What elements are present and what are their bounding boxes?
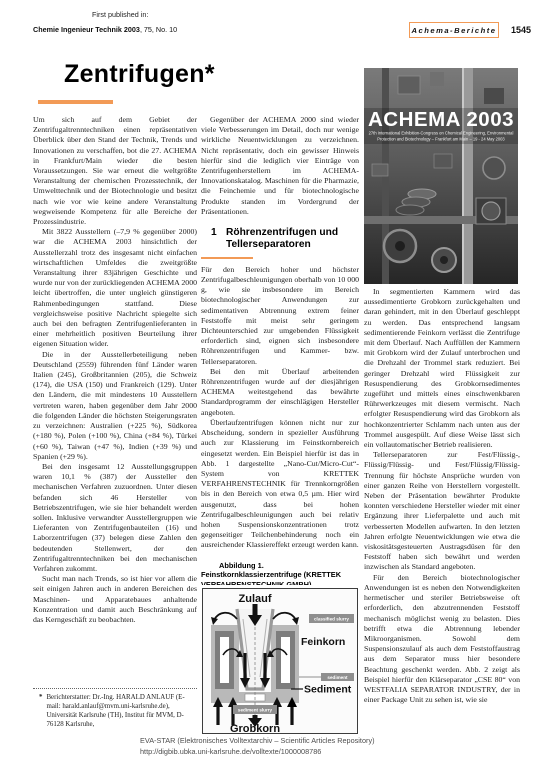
journal-name: Chemie Ingenieur Technik [33,25,122,34]
label-inlet: Zulauf [239,593,272,605]
text-column-2: Gegenüber der ACHEMA 2000 sind wieder vi… [201,115,359,585]
paragraph: Bei den mit Überlauf arbeitenden Röhrenz… [201,367,359,418]
section-heading: 1 Röhrenzentrifugen und Tellerseparatore… [201,227,359,252]
label-sediment: Sediment [304,684,352,696]
tag-sediment-slurry: sediment slurry [238,708,273,713]
footnote-text: Berichterstatter: Dr.-Ing. HARALD ANLAUF… [46,694,195,730]
first-published-note: First published in: [92,10,148,19]
figure-caption-number: Abbildung 1. [201,561,359,571]
journal-issue: , 75, No. 10 [140,25,177,34]
section-rule [201,257,253,259]
tag-classified-slurry: classified slurry [314,617,349,622]
paragraph: Für den Bereich hoher und höchster Zentr… [201,265,359,367]
series-badge: Achema-Berichte [409,22,499,38]
paragraph: Sucht man nach Trends, so ist hier vor a… [33,574,197,625]
paragraph: Mit 3822 Ausstellern (–7,9 % gegenüber 2… [33,227,197,349]
repository-footer: EVA-STAR (Elektronisches Volltextarchiv … [140,736,375,757]
text-column-1: Um sich auf dem Gebiet der Zentrifugaltr… [33,115,197,681]
centrifuge-diagram: classified slurry sediment sediment slur… [203,589,357,733]
title-underline [38,100,113,104]
figure-1-centrifuge-schematic: classified slurry sediment sediment slur… [202,588,358,734]
paragraph: Für den Bereich biotechnologischer Anwen… [364,573,520,706]
paragraph: In segmentierten Kammern wird das aussed… [364,287,520,450]
text-column-3: In segmentierten Kammern wird das aussed… [364,287,520,735]
poster-graphic: ACHEMA 2003 27th International Exhibitio… [364,68,518,284]
series-badge-label: Achema-Berichte [412,26,497,35]
section-title: Röhrenzentrifugen und Tellerseparatoren [226,227,359,252]
page-number: 1545 [511,25,531,35]
paragraph: Überlaufzentrifugen können nicht nur zur… [201,418,359,551]
repository-name: EVA-STAR (Elektronisches Volltextarchiv … [140,736,375,747]
paragraph: Die in der Ausstellerbeteiligung neben D… [33,350,197,462]
journal-citation: Chemie Ingenieur Technik 2003, 75, No. 1… [33,25,177,34]
article-title: Zentrifugen* [64,60,215,89]
poster-subtitle-line2: Protection and Biotechnology – Frankfurt… [377,137,505,142]
figure-caption-text: Feinstkornklassierzentrifuge (KRETTEK VE… [201,570,359,585]
achema-2003-poster-image: ACHEMA 2003 27th International Exhibitio… [364,68,518,284]
paragraph: Bei den insgesamt 12 Ausstellungsgruppen… [33,462,197,574]
poster-title: ACHEMA 2003 [368,108,514,131]
label-coarse: Grobkorn [230,723,280,733]
repository-url: http://digbib.ubka.uni-karlsruhe.de/voll… [140,747,375,758]
section-number: 1 [211,227,226,252]
footnote-marker: * [39,694,42,730]
footnote-separator [33,688,197,689]
paragraph: Gegenüber der ACHEMA 2000 sind wieder vi… [201,115,359,217]
overflow-arrowhead-left [211,617,218,625]
poster-subtitle-line1: 27th International Exhibition-Congress o… [369,131,514,136]
footnote: * Berichterstatter: Dr.-Ing. HARALD ANLA… [39,694,195,730]
overflow-arrowhead-right [292,617,299,625]
journal-page: First published in: Chemie Ingenieur Tec… [0,0,543,768]
paragraph: Um sich auf dem Gebiet der Zentrifugaltr… [33,115,197,227]
journal-year: 2003 [122,25,140,34]
right-chamber-slot [281,637,290,683]
left-chamber-slot [220,637,229,683]
label-fines: Feinkorn [301,636,345,648]
paragraph: Tellerseparatoren zur Fest/Flüssig-, Flü… [364,450,520,572]
figure-caption: Abbildung 1. Feinstkornklassierzentrifug… [201,561,359,585]
tag-sediment: sediment [327,675,348,680]
